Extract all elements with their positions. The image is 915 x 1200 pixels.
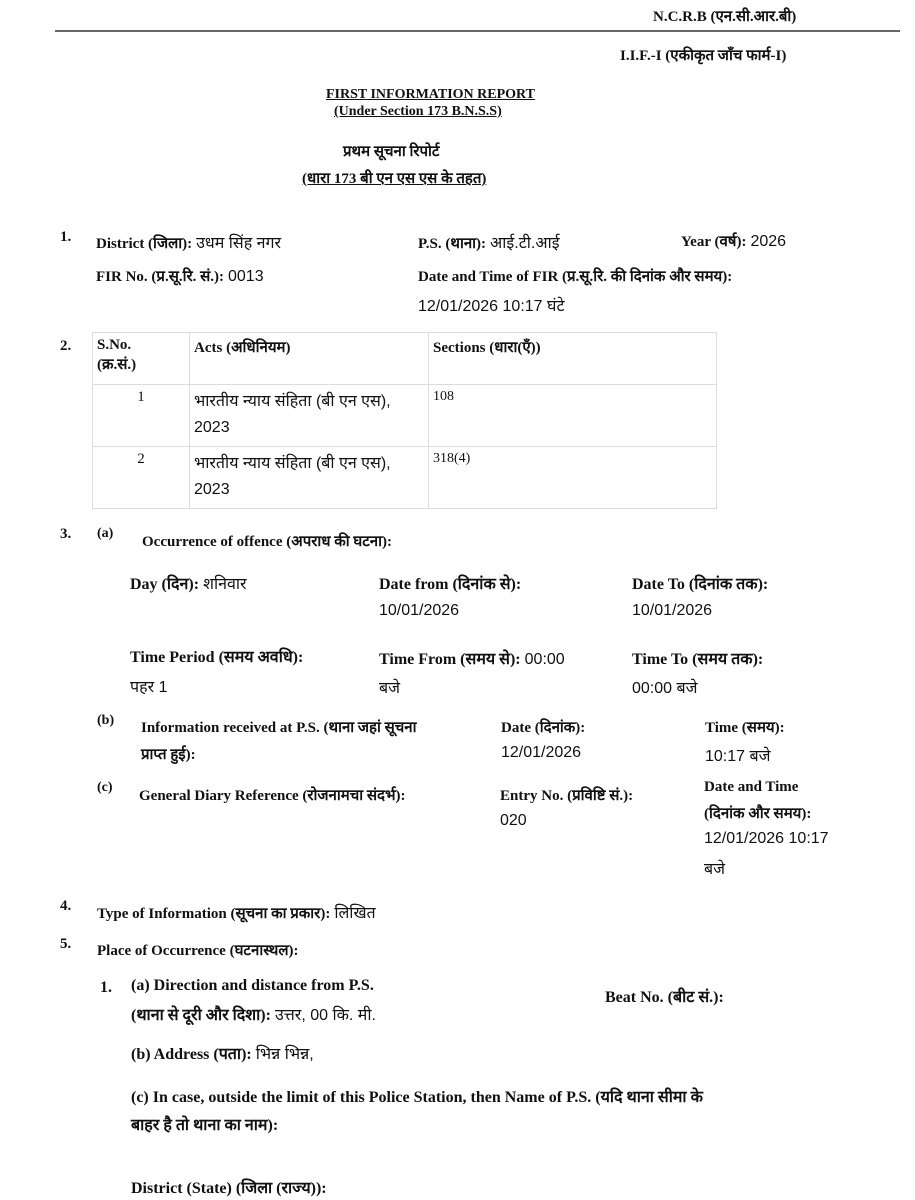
police-station-field: P.S. (थाना): आई.टी.आई [418,231,560,253]
time-from-unit: बजे [379,676,400,698]
section-3a-marker: (a) [97,526,113,542]
info-date-value: 12/01/2026 [501,744,581,762]
direction-label-1: (a) Direction and distance from P.S. [131,977,374,995]
report-subtitle-hindi: (धारा 173 बी एन एस एस के तहत) [302,168,486,188]
date-to-label: Date To (दिनांक तक): [632,572,768,594]
time-period-value: पहर 1 [130,675,167,697]
fir-datetime-value: 12/01/2026 10:17 घंटे [418,294,565,316]
outside-limit-label-2: बाहर है तो थाना का नाम): [131,1113,278,1135]
info-time-label: Time (समय): [705,717,785,737]
info-type-value: लिखित [334,905,375,922]
fir-number-label: FIR No. (प्र.सू.रि. सं.): [96,269,224,285]
time-to-label: Time To (समय तक): [632,647,763,669]
place-item-number: 1. [100,979,112,997]
cell-section: 108 [429,385,717,447]
police-station-value: आई.टी.आई [490,235,560,252]
gd-datetime-value-1: 12/01/2026 10:17 [704,830,829,848]
info-received-label-1: Information received at P.S. (थाना जहां … [141,717,417,737]
info-type-field: Type of Information (सूचना का प्रकार): ल… [97,901,376,923]
time-from-value: 00:00 [525,651,565,668]
time-period-label: Time Period (समय अवधि): [130,645,303,667]
general-diary-label: General Diary Reference (रोजनामचा संदर्भ… [139,785,406,805]
section-5-number: 5. [60,936,71,953]
acts-sections-table: S.No. (क्र.सं.) Acts (अधिनियम) Sections … [92,332,717,509]
cell-act: भारतीय न्याय संहिता (बी एन एस), 2023 [190,447,429,509]
gd-datetime-label-2: (दिनांक और समय): [704,803,811,823]
cell-sno: 1 [93,385,190,447]
cell-act: भारतीय न्याय संहिता (बी एन एस), 2023 [190,385,429,447]
gd-datetime-label-1: Date and Time [704,779,798,796]
date-to-value: 10/01/2026 [632,602,712,620]
time-from-field: Time From (समय से): 00:00 [379,647,565,669]
district-state-label: District (State) (जिला (राज्य)): [131,1176,327,1198]
table-header-row: S.No. (क्र.सं.) Acts (अधिनियम) Sections … [93,333,717,385]
ncrb-label: N.C.R.B (एन.सी.आर.बी) [653,6,796,26]
day-label: Day (दिन): [130,576,199,593]
info-received-label-2: प्राप्त हुई): [141,744,196,764]
district-label: District (जिला): [96,236,192,252]
district-field: District (जिला): उधम सिंह नगर [96,231,281,253]
direction-field: (थाना से दूरी और दिशा): उत्तर, 00 कि. मी… [131,1003,376,1025]
police-station-label: P.S. (थाना): [418,236,486,252]
report-title: FIRST INFORMATION REPORT [326,87,535,103]
header-sections: Sections (धारा(एँ)) [429,333,717,385]
fir-datetime-label: Date and Time of FIR (प्र.सू.रि. की दिना… [418,266,732,286]
section-3c-marker: (c) [97,780,113,796]
table-row: 2 भारतीय न्याय संहिता (बी एन एस), 2023 3… [93,447,717,509]
time-to-value: 00:00 बजे [632,676,698,698]
address-value: भिन्न भिन्न, [256,1046,314,1063]
gd-datetime-value-2: बजे [704,857,725,879]
section-1-number: 1. [60,229,71,246]
year-value: 2026 [750,233,786,250]
date-from-value: 10/01/2026 [379,602,459,620]
info-type-label: Type of Information (सूचना का प्रकार): [97,906,330,922]
year-field: Year (वर्ष): 2026 [681,231,786,251]
entry-number-value: 020 [500,812,527,830]
outside-limit-label-1: (c) In case, outside the limit of this P… [131,1085,703,1107]
section-3-number: 3. [60,526,71,543]
cell-section: 318(4) [429,447,717,509]
date-from-label: Date from (दिनांक से): [379,572,521,594]
direction-value: उत्तर, 00 कि. मी. [275,1007,376,1024]
occurrence-heading: Occurrence of offence (अपराध की घटना): [142,531,392,551]
time-from-label: Time From (समय से): [379,651,521,668]
section-4-number: 4. [60,898,71,915]
fir-number-field: FIR No. (प्र.सू.रि. सं.): 0013 [96,266,264,286]
place-of-occurrence-label: Place of Occurrence (घटनास्थल): [97,940,299,960]
report-title-hindi: प्रथम सूचना रिपोर्ट [343,141,439,161]
address-label: (b) Address (पता): [131,1046,252,1063]
district-value: उधम सिंह नगर [196,235,281,252]
header-divider [55,30,900,32]
report-subtitle: (Under Section 173 B.N.S.S) [334,104,502,120]
section-3b-marker: (b) [97,713,114,729]
fir-number-value: 0013 [228,268,264,285]
header-sno: S.No. (क्र.सं.) [93,333,190,385]
info-time-value: 10:17 बजे [705,744,771,766]
day-field: Day (दिन): शनिवार [130,572,247,594]
header-acts: Acts (अधिनियम) [190,333,429,385]
direction-label-2: (थाना से दूरी और दिशा): [131,1007,271,1024]
year-label: Year (वर्ष): [681,234,746,250]
address-field: (b) Address (पता): भिन्न भिन्न, [131,1042,314,1064]
entry-number-label: Entry No. (प्रविष्टि सं.): [500,785,633,805]
table-row: 1 भारतीय न्याय संहिता (बी एन एस), 2023 1… [93,385,717,447]
beat-number-label: Beat No. (बीट सं.): [605,985,724,1007]
info-date-label: Date (दिनांक): [501,717,585,737]
day-value: शनिवार [203,576,247,593]
iif-label: I.I.F.-I (एकीकृत जाँच फार्म-I) [620,45,786,65]
section-2-number: 2. [60,338,71,355]
cell-sno: 2 [93,447,190,509]
